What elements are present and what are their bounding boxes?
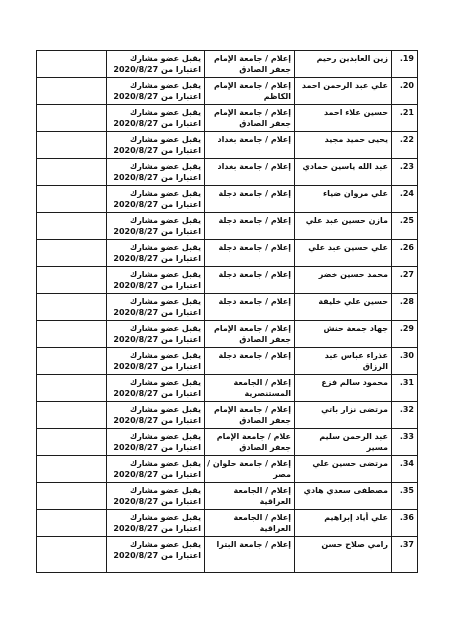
member-name: مرتضى نزار باتي xyxy=(295,402,392,429)
department: علام / جامعة الإمام جعفر الصادق xyxy=(205,429,295,456)
member-name: علي حسين عبد علي xyxy=(295,240,392,267)
empty-cell xyxy=(37,537,107,573)
department: إعلام / الجامعة العراقية xyxy=(205,510,295,537)
row-number: 30. xyxy=(392,348,418,375)
status-text: يقبل عضو مشارك اعتبارا من 2020/8/27 xyxy=(107,348,205,375)
row-number: 34. xyxy=(392,456,418,483)
empty-cell xyxy=(37,267,107,294)
department: إعلام / جامعة دجلة xyxy=(205,348,295,375)
table-row: 28.حسين علي خليفةإعلام / جامعة دجلةيقبل … xyxy=(37,294,418,321)
table-row: 24.علي مروان ضياءإعلام / جامعة دجلةيقبل … xyxy=(37,186,418,213)
row-number: 37. xyxy=(392,537,418,573)
empty-cell xyxy=(37,375,107,402)
status-text: يقبل عضو مشارك اعتبارا من 2020/8/27 xyxy=(107,402,205,429)
row-number: 26. xyxy=(392,240,418,267)
empty-cell xyxy=(37,321,107,348)
member-name: جهاد جمعة حنش xyxy=(295,321,392,348)
member-name: عذراء عباس عبد الرزاق xyxy=(295,348,392,375)
member-name: مازن حسين عبد علي xyxy=(295,213,392,240)
empty-cell xyxy=(37,213,107,240)
row-number: 19. xyxy=(392,51,418,78)
department: إعلام / الجامعة المستنصرية xyxy=(205,375,295,402)
empty-cell xyxy=(37,51,107,78)
empty-cell xyxy=(37,510,107,537)
member-name: علي أياد إبراهيم xyxy=(295,510,392,537)
empty-cell xyxy=(37,159,107,186)
table-row: 26.علي حسين عبد عليإعلام / جامعة دجلةيقب… xyxy=(37,240,418,267)
empty-cell xyxy=(37,429,107,456)
table-row: 33.عبد الرحمن سليم مسيرعلام / جامعة الإم… xyxy=(37,429,418,456)
member-name: حسين علاء احمد xyxy=(295,105,392,132)
member-name: مصطفى سعدي هادي xyxy=(295,483,392,510)
table-row: 36.علي أياد إبراهيمإعلام / الجامعة العرا… xyxy=(37,510,418,537)
department: إعلام / جامعة دجلة xyxy=(205,186,295,213)
empty-cell xyxy=(37,402,107,429)
table-row: 37.رامي صلاح حسنإعلام / جامعة البترايقبل… xyxy=(37,537,418,573)
table-row: 21.حسين علاء احمدإعلام / جامعة الإمام جع… xyxy=(37,105,418,132)
status-text: يقبل عضو مشارك اعتبارا من 2020/8/27 xyxy=(107,483,205,510)
department: إعلام / جامعة الإمام جعفر الصادق xyxy=(205,51,295,78)
department: إعلام / جامعة الإمام جعفر الصادق xyxy=(205,105,295,132)
row-number: 29. xyxy=(392,321,418,348)
status-text: يقبل عضو مشارك اعتبارا من 2020/8/27 xyxy=(107,321,205,348)
department: إعلام / جامعة دجلة xyxy=(205,294,295,321)
empty-cell xyxy=(37,294,107,321)
table-row: 20.علي عبد الرحمن احمدإعلام / جامعة الإم… xyxy=(37,78,418,105)
department: إعلام / جامعة دجلة xyxy=(205,213,295,240)
status-text: يقبل عضو مشارك اعتبارا من 2020/8/27 xyxy=(107,186,205,213)
row-number: 31. xyxy=(392,375,418,402)
member-name: يحيى حميد مجيد xyxy=(295,132,392,159)
department: إعلام / جامعة البترا xyxy=(205,537,295,573)
member-name: عبد الرحمن سليم مسير xyxy=(295,429,392,456)
empty-cell xyxy=(37,483,107,510)
table-row: 19.زين العابدين رحيمإعلام / جامعة الإمام… xyxy=(37,51,418,78)
row-number: 22. xyxy=(392,132,418,159)
row-number: 21. xyxy=(392,105,418,132)
status-text: يقبل عضو مشارك اعتبارا من 2020/8/27 xyxy=(107,105,205,132)
table-row: 29.جهاد جمعة حنشإعلام / جامعة الإمام جعف… xyxy=(37,321,418,348)
status-text: يقبل عضو مشارك اعتبارا من 2020/8/27 xyxy=(107,294,205,321)
department: إعلام / جامعة بغداد xyxy=(205,132,295,159)
empty-cell xyxy=(37,78,107,105)
department: إعلام / جامعة بغداد xyxy=(205,159,295,186)
table-row: 27.محمد حسين خضرإعلام / جامعة دجلةيقبل ع… xyxy=(37,267,418,294)
status-text: يقبل عضو مشارك اعتبارا من 2020/8/27 xyxy=(107,240,205,267)
empty-cell xyxy=(37,348,107,375)
document-page: 19.زين العابدين رحيمإعلام / جامعة الإمام… xyxy=(0,0,452,640)
department: إعلام / جامعة حلوان / مصر xyxy=(205,456,295,483)
table-row: 30.عذراء عباس عبد الرزاقإعلام / جامعة دج… xyxy=(37,348,418,375)
status-text: يقبل عضو مشارك اعتبارا من 2020/8/27 xyxy=(107,213,205,240)
member-name: رامي صلاح حسن xyxy=(295,537,392,573)
row-number: 33. xyxy=(392,429,418,456)
table-row: 31.محمود سالم فزعإعلام / الجامعة المستنص… xyxy=(37,375,418,402)
row-number: 32. xyxy=(392,402,418,429)
row-number: 36. xyxy=(392,510,418,537)
status-text: يقبل عضو مشارك اعتبارا من 2020/8/27 xyxy=(107,267,205,294)
row-number: 35. xyxy=(392,483,418,510)
member-name: محمود سالم فزع xyxy=(295,375,392,402)
department: إعلام / جامعة الإمام جعفر الصادق xyxy=(205,321,295,348)
member-name: علي عبد الرحمن احمد xyxy=(295,78,392,105)
table-row: 35.مصطفى سعدي هاديإعلام / الجامعة العراق… xyxy=(37,483,418,510)
department: إعلام / جامعة دجلة xyxy=(205,240,295,267)
member-name: عبد الله ياسين حمادي xyxy=(295,159,392,186)
department: إعلام / جامعة الإمام الكاظم xyxy=(205,78,295,105)
member-name: محمد حسين خضر xyxy=(295,267,392,294)
status-text: يقبل عضو مشارك اعتبارا من 2020/8/27 xyxy=(107,159,205,186)
status-text: يقبل عضو مشارك اعتبارا من 2020/8/27 xyxy=(107,537,205,573)
empty-cell xyxy=(37,132,107,159)
member-name: حسين علي خليفة xyxy=(295,294,392,321)
status-text: يقبل عضو مشارك اعتبارا من 2020/8/27 xyxy=(107,456,205,483)
row-number: 20. xyxy=(392,78,418,105)
empty-cell xyxy=(37,456,107,483)
row-number: 24. xyxy=(392,186,418,213)
row-number: 25. xyxy=(392,213,418,240)
member-name: زين العابدين رحيم xyxy=(295,51,392,78)
table-row: 23.عبد الله ياسين حماديإعلام / جامعة بغد… xyxy=(37,159,418,186)
status-text: يقبل عضو مشارك اعتبارا من 2020/8/27 xyxy=(107,429,205,456)
membership-table: 19.زين العابدين رحيمإعلام / جامعة الإمام… xyxy=(36,50,418,573)
status-text: يقبل عضو مشارك اعتبارا من 2020/8/27 xyxy=(107,78,205,105)
department: إعلام / جامعة دجلة xyxy=(205,267,295,294)
member-name: علي مروان ضياء xyxy=(295,186,392,213)
row-number: 27. xyxy=(392,267,418,294)
table-row: 34.مرتضى حسين عليإعلام / جامعة حلوان / م… xyxy=(37,456,418,483)
status-text: يقبل عضو مشارك اعتبارا من 2020/8/27 xyxy=(107,510,205,537)
row-number: 28. xyxy=(392,294,418,321)
status-text: يقبل عضو مشارك اعتبارا من 2020/8/27 xyxy=(107,375,205,402)
department: إعلام / جامعة الإمام جعفر الصادق xyxy=(205,402,295,429)
status-text: يقبل عضو مشارك اعتبارا من 2020/8/27 xyxy=(107,132,205,159)
department: إعلام / الجامعة العراقية xyxy=(205,483,295,510)
empty-cell xyxy=(37,186,107,213)
status-text: يقبل عضو مشارك اعتبارا من 2020/8/27 xyxy=(107,51,205,78)
table-body: 19.زين العابدين رحيمإعلام / جامعة الإمام… xyxy=(37,51,418,573)
table-row: 22.يحيى حميد مجيدإعلام / جامعة بغداديقبل… xyxy=(37,132,418,159)
empty-cell xyxy=(37,105,107,132)
table-row: 32.مرتضى نزار باتيإعلام / جامعة الإمام ج… xyxy=(37,402,418,429)
row-number: 23. xyxy=(392,159,418,186)
empty-cell xyxy=(37,240,107,267)
member-name: مرتضى حسين علي xyxy=(295,456,392,483)
table-row: 25.مازن حسين عبد عليإعلام / جامعة دجلةيق… xyxy=(37,213,418,240)
